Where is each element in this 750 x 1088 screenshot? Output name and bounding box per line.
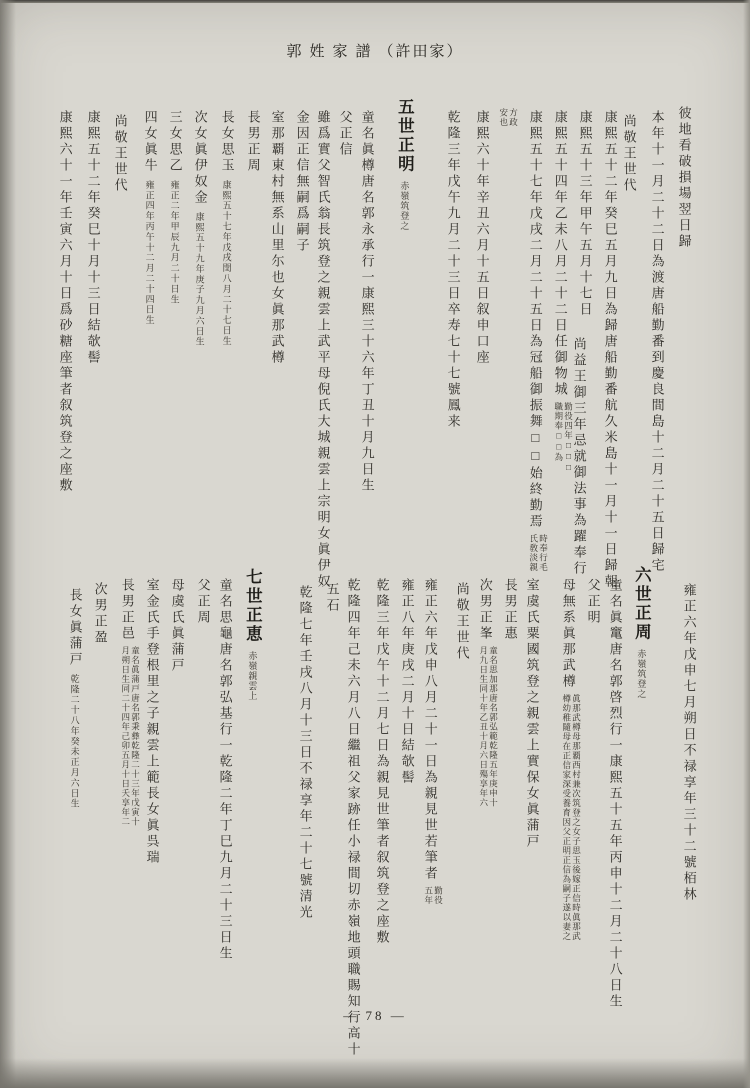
column-text: 次女眞伊奴金 bbox=[193, 110, 208, 206]
gen7-father: 父正周 bbox=[196, 578, 210, 626]
column-text: 乾隆三年戊午十二月七日為親見世筆者叙筑登之座敷 bbox=[375, 578, 390, 946]
section-subtitle: 赤嶺筑登之 bbox=[636, 649, 646, 699]
gen6-record-qianlong-3: 乾隆三年戊午十二月七日為親見世筆者叙筑登之座敷 bbox=[375, 578, 389, 946]
scan-edge-top bbox=[0, 0, 750, 3]
gen7-birth: 童名思龜唐名郭弘基行一乾隆二年丁巳九月二十三日生 bbox=[218, 578, 232, 962]
inline-annotation: 勤役四年□□□職期奉□□為 bbox=[553, 402, 573, 473]
gen5-daughter-2: 次女眞伊奴金康熙五十九年庚子九月六日生 bbox=[193, 110, 207, 347]
page-title-family: （許田家） bbox=[379, 44, 464, 60]
column-text: 雍正六年戊申八月二十一日為親見世若筆者 bbox=[423, 578, 438, 882]
column-text: 康熙五十三年甲午五月十七日 bbox=[578, 110, 593, 318]
column-text: 雍正二年甲辰九月二十日生 bbox=[170, 180, 180, 305]
column-text: 五石 bbox=[325, 582, 340, 614]
gen5-adoption: 金因正信無嗣爲嗣子 bbox=[295, 110, 309, 254]
gen5-son-1: 長男正周 bbox=[246, 110, 260, 174]
column-text: 父正周 bbox=[196, 578, 211, 626]
column-text: 康熙五十二年癸巳十月十三日結欹髻 bbox=[86, 110, 101, 366]
record-qianlong-3-death: 乾隆三年戊午九月二十三日卒寿七十七號鳳来 bbox=[446, 110, 460, 430]
gen7-mother: 母虞氏眞蒲戸 bbox=[170, 578, 184, 674]
section-subtitle: 赤嶺筑登之 bbox=[399, 181, 409, 231]
gen6-wife: 室虞氏粟國筑登之親雲上實保女眞蒲戸 bbox=[525, 578, 539, 850]
column-text: 母虞氏眞蒲戸 bbox=[170, 578, 185, 674]
column-text: 康熙五十七年戊戌閏八月二十七日生 bbox=[222, 180, 232, 346]
gen5-daughter-4: 四女眞牛雍正四年丙午十二月二十四日生 bbox=[143, 110, 157, 326]
section-header-gen6-seishu: 六世正周赤嶺筑登之 bbox=[633, 566, 650, 699]
inline-annotation-line: 職期奉□□為 bbox=[553, 402, 563, 473]
column-text: 彼地看破損場翌日歸 bbox=[677, 106, 692, 250]
section-subtitle: 赤嶺親雲上 bbox=[247, 651, 257, 701]
column-text: 康熙五十四年乙未八月二十二日任御物城 bbox=[553, 110, 568, 398]
inline-annotation-line: 眞那武樽母那覇西村兼次筑登之女子思玉後嫁正信時眞那武 bbox=[571, 694, 581, 941]
column-text: 雖爲實父智氏翁長筑登之親雲上武平母倪氏大城親雲上宗明女眞伊奴 bbox=[316, 110, 331, 590]
column-text: 次男正峯 bbox=[478, 578, 493, 642]
column-text: 尚益王御三年忌就御法事為躍奉行 bbox=[572, 337, 587, 577]
gen7-daughter-1: 長女眞蒲戸乾隆二十八年癸未正月六日生 bbox=[68, 588, 82, 809]
column-text: 母無系眞那武樽 bbox=[561, 578, 576, 690]
gen6-record-yongzheng-8: 雍正八年庚戌二月十日結欹髻 bbox=[400, 578, 414, 786]
section-title: 五世正明 bbox=[395, 98, 414, 174]
column-text: 室金氏手登根里之子親雲上範長女眞呉瑞 bbox=[145, 578, 160, 866]
record-kangxi-57: 康熙五十七年戊戌二月二十五日為冠船御振舞□□始終勤焉時奉行毛氏敎淡親 bbox=[528, 110, 548, 572]
gen6-son-1: 長男正惠 bbox=[503, 578, 517, 642]
column-text: 尚敬王世代 bbox=[455, 582, 470, 662]
scan-edge-bottom bbox=[0, 1058, 750, 1088]
inline-annotation: 眞那武樽母那覇西村兼次筑登之女子思玉後嫁正信時眞那武樽幼稚隨母在正信家深受養育因… bbox=[561, 694, 581, 941]
scanned-genealogy-page: 郭姓家譜（許田家） 彼地看破損場翌日歸本年十一月二十二日為渡唐船勤番到慶良間島十… bbox=[0, 0, 750, 1088]
column-text: 康熙五十九年庚子九月六日生 bbox=[195, 212, 205, 347]
record-kangxi-52: 康熙五十二年癸巳五月九日為歸唐船勤番航久米島十一月十一日歸朝 bbox=[603, 110, 617, 590]
column-text: 次男正盈 bbox=[93, 582, 108, 646]
gen5-wife: 室那覇東村無系山里尓也女眞那武樽 bbox=[270, 110, 284, 366]
column-text: 童名眞竃唐名郭啓烈行一康熙五十五年丙申十二月二十八日生 bbox=[608, 578, 623, 1010]
column-text: 父正明 bbox=[586, 578, 601, 626]
inline-annotation-line: 時奉行毛 bbox=[538, 534, 548, 572]
column-text: 童名思龜唐名郭弘基行一乾隆二年丁巳九月二十三日生 bbox=[218, 578, 233, 962]
gen5-daughter-3: 三女思乙雍正二年甲辰九月二十日生 bbox=[168, 110, 182, 305]
inline-annotation-line: 童名眞蒲戸唐名郭秉彝乾隆二十三年戊寅十 bbox=[130, 646, 140, 827]
inline-annotation: 時奉行毛氏敎淡親 bbox=[528, 534, 548, 572]
page-number: — 78 — bbox=[0, 1008, 750, 1024]
section-header-gen5-seimei: 五世正明赤嶺筑登之 bbox=[396, 98, 413, 231]
gen6-record-qianlong-4-cont: 五石 bbox=[325, 582, 339, 614]
gen6-record-yongzheng-6: 雍正六年戊申八月二十一日為親見世若筆者勤役五年 bbox=[423, 578, 443, 905]
gen5-record-kangxi-61: 康熙六十一年壬寅六月十日爲砂糖座筆者叙筑登之座敷 bbox=[58, 110, 72, 494]
gen5-real-parents: 雖爲實父智氏翁長筑登之親雲上武平母倪氏大城親雲上宗明女眞伊奴 bbox=[316, 110, 330, 590]
column-text: 雍正四年丙午十二月二十四日生 bbox=[145, 180, 155, 326]
era-heading-shokei-2: 尚敬王世代 bbox=[113, 114, 127, 194]
gen5-daughter-1: 長女思玉康熙五十七年戊戌閏八月二十七日生 bbox=[220, 110, 234, 346]
column-text: 長男正惠 bbox=[503, 578, 518, 642]
prev-record-tosen-duty: 本年十一月二十二日為渡唐船勤番到慶良間島十二月二十五日歸宅 bbox=[650, 110, 664, 574]
inline-annotation-line: 五年 bbox=[423, 886, 433, 905]
inline-annotation-line: 樽幼稚隨母在正信家深受養育因父正明正信為嗣子遂以妻之 bbox=[561, 694, 571, 941]
column-text: 本年十一月二十二日為渡唐船勤番到慶良間島十二月二十五日歸宅 bbox=[650, 110, 665, 574]
inline-annotation-line: 氏敎淡親 bbox=[528, 534, 538, 572]
inline-annotation: 方政安也 bbox=[498, 108, 518, 127]
gen6-record-qianlong-4: 乾隆四年己未六月八日繼祖父家跡任小禄間切赤嶺地頭職賜知行高十 bbox=[346, 578, 360, 1058]
gen7-son-2: 次男正盈 bbox=[93, 582, 107, 646]
inline-annotation-line: 安也 bbox=[498, 108, 508, 127]
column-text: 康熙五十二年癸巳五月九日為歸唐船勤番航久米島十一月十一日歸朝 bbox=[603, 110, 618, 590]
inline-annotation-line: 童名思加那唐名郭弘範乾隆五年庚申十 bbox=[488, 646, 498, 808]
gen7-wife: 室金氏手登根里之子親雲上範長女眞呉瑞 bbox=[145, 578, 159, 866]
prev-record-inspection: 彼地看破損場翌日歸 bbox=[677, 106, 691, 250]
column-text: 尚敬王世代 bbox=[622, 114, 637, 194]
inline-annotation-line: 方政 bbox=[508, 108, 518, 127]
gen5-birth: 童名眞樽唐名郭永承行一康熙三十六年丁丑十月九日生 bbox=[360, 110, 374, 494]
inline-annotation-line: 勤役 bbox=[433, 886, 443, 905]
inline-annotation-line: 月朔日生同二十四年己卯五月十日夭享年二 bbox=[120, 646, 130, 827]
column-text: 長男正邑 bbox=[120, 578, 135, 642]
column-text: 尚敬王世代 bbox=[113, 114, 128, 194]
inline-annotation: 童名思加那唐名郭弘範乾隆五年庚申十月九日生同十年乙丑十月六日殤享年六 bbox=[478, 646, 498, 808]
gen6-death-record: 乾隆七年壬戌八月十三日不禄享年二十七號清光 bbox=[298, 585, 312, 921]
column-text: 康熙六十年辛丑六月十五日叙申口座 bbox=[475, 110, 490, 366]
column-text: 童名眞樽唐名郭永承行一康熙三十六年丁丑十月九日生 bbox=[360, 110, 375, 494]
record-kangxi-53-event: 尚益王御三年忌就御法事為躍奉行 bbox=[572, 337, 586, 577]
column-text: 乾隆四年己未六月八日繼祖父家跡任小禄間切赤嶺地頭職賜知行高十 bbox=[346, 578, 361, 1058]
marginal-note: 方政安也 bbox=[498, 104, 518, 127]
record-kangxi-54: 康熙五十四年乙未八月二十二日任御物城勤役四年□□□職期奉□□為 bbox=[553, 110, 573, 473]
column-text: 父正信 bbox=[338, 110, 353, 158]
gen6-birth: 童名眞竃唐名郭啓烈行一康熙五十五年丙申十二月二十八日生 bbox=[608, 578, 622, 1010]
column-text: 室那覇東村無系山里尓也女眞那武樽 bbox=[270, 110, 285, 366]
column-text: 乾隆七年壬戌八月十三日不禄享年二十七號清光 bbox=[298, 585, 313, 921]
gen6-son-2: 次男正峯童名思加那唐名郭弘範乾隆五年庚申十月九日生同十年乙丑十月六日殤享年六 bbox=[478, 578, 498, 808]
gen7-son-1: 長男正邑童名眞蒲戸唐名郭秉彝乾隆二十三年戊寅十月朔日生同二十四年己卯五月十日夭享… bbox=[120, 578, 140, 827]
column-text: 長女思玉 bbox=[220, 110, 235, 174]
inline-annotation-line: 月九日生同十年乙丑十月六日殤享年六 bbox=[478, 646, 488, 808]
column-text: 雍正六年戊申七月朔日不禄享年三十二號栢林 bbox=[682, 583, 697, 903]
record-kangxi-53-date: 康熙五十三年甲午五月十七日 bbox=[578, 110, 592, 318]
era-heading-shokei-3: 尚敬王世代 bbox=[455, 582, 469, 662]
section-title: 六世正周 bbox=[632, 566, 651, 642]
column-text: 康熙六十一年壬寅六月十日爲砂糖座筆者叙筑登之座敷 bbox=[58, 110, 73, 494]
column-text: 長女眞蒲戸 bbox=[68, 588, 83, 668]
column-text: 四女眞牛 bbox=[143, 110, 158, 174]
column-text: 三女思乙 bbox=[168, 110, 183, 174]
scan-edge-left bbox=[0, 0, 16, 1088]
column-text: 雍正八年庚戌二月十日結欹髻 bbox=[400, 578, 415, 786]
page-title: 郭姓家譜（許田家） bbox=[0, 40, 750, 61]
gen6-father: 父正明 bbox=[586, 578, 600, 626]
column-text: 長男正周 bbox=[246, 110, 261, 174]
record-kangxi-60: 康熙六十年辛丑六月十五日叙申口座 bbox=[475, 110, 489, 366]
column-text: 乾隆三年戊午九月二十三日卒寿七十七號鳳来 bbox=[446, 110, 461, 430]
column-text: 乾隆二十八年癸未正月六日生 bbox=[70, 674, 80, 809]
page-title-main: 郭姓家譜 bbox=[286, 44, 378, 60]
gen5-death-record: 雍正六年戊申七月朔日不禄享年三十二號栢林 bbox=[682, 583, 696, 903]
column-text: 康熙五十七年戊戌二月二十五日為冠船御振舞□□始終勤焉 bbox=[528, 110, 543, 530]
column-text: 室虞氏粟國筑登之親雲上實保女眞蒲戸 bbox=[525, 578, 540, 850]
inline-annotation-line: 勤役四年□□□ bbox=[563, 402, 573, 473]
inline-annotation: 童名眞蒲戸唐名郭秉彝乾隆二十三年戊寅十月朔日生同二十四年己卯五月十日夭享年二 bbox=[120, 646, 140, 827]
gen5-record-kangxi-52: 康熙五十二年癸巳十月十三日結欹髻 bbox=[86, 110, 100, 366]
column-text: 金因正信無嗣爲嗣子 bbox=[295, 110, 310, 254]
era-heading-shokei-1: 尚敬王世代 bbox=[622, 114, 636, 194]
scan-edge-right bbox=[743, 0, 750, 1088]
gen6-mother: 母無系眞那武樽眞那武樽母那覇西村兼次筑登之女子思玉後嫁正信時眞那武樽幼稚隨母在正… bbox=[561, 578, 581, 941]
inline-annotation: 勤役五年 bbox=[423, 886, 443, 905]
section-header-gen7-seikei: 七世正恵赤嶺親雲上 bbox=[244, 568, 261, 701]
section-title: 七世正恵 bbox=[243, 568, 262, 644]
gen5-father: 父正信 bbox=[338, 110, 352, 158]
